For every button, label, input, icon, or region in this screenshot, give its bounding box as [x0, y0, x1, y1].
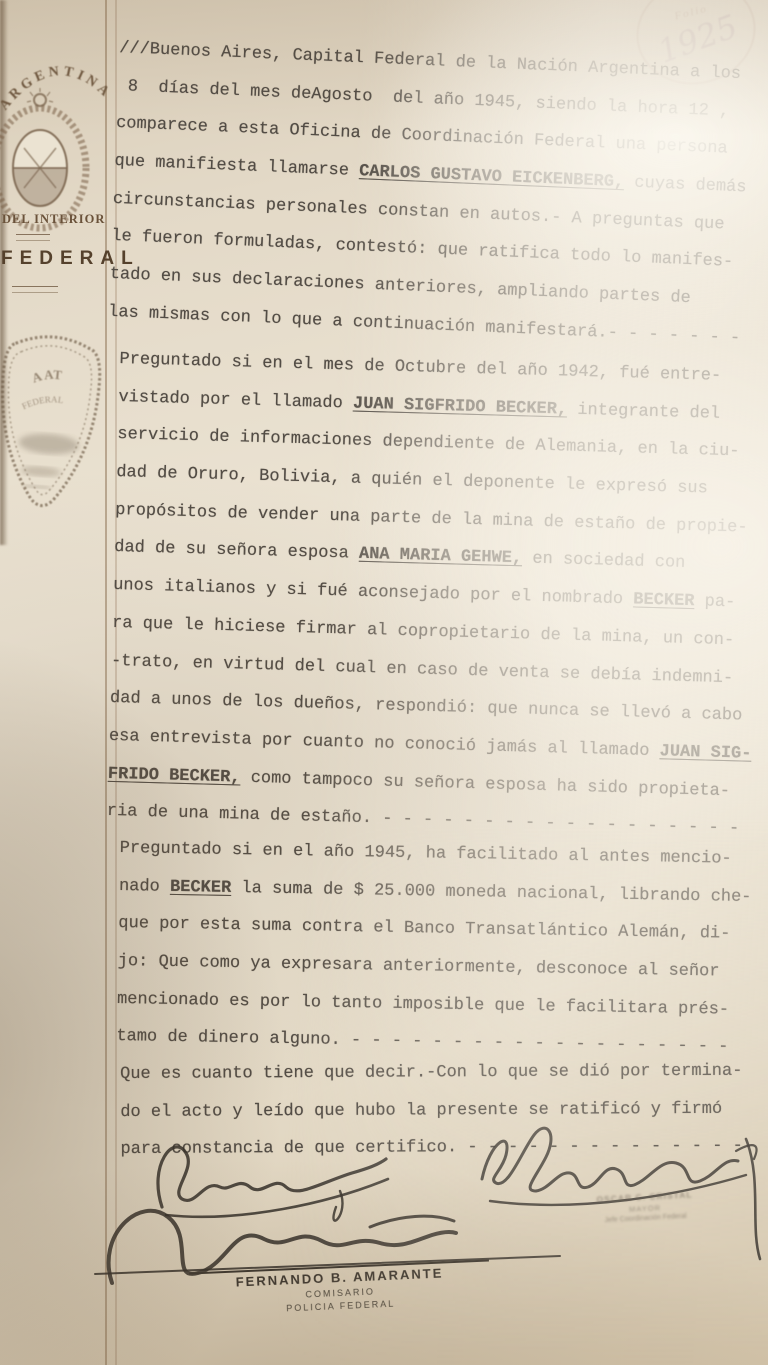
typed-line: ra que le hiciese firmar al copropietari…	[112, 605, 768, 661]
typed-line: vistado por el llamado JUAN SIGFRIDO BEC…	[118, 379, 768, 435]
margin-seal-stamp: A AT FEDERAL	[0, 318, 115, 534]
typed-line: mencionado es por lo tanto imposible que…	[117, 981, 768, 1030]
svg-text:ARGENTINA: ARGENTINA	[0, 64, 115, 113]
typed-line: dad a unos de los dueños, respondió: que…	[109, 680, 768, 736]
officer-stamp-title: Jefe Coordinación Federal	[566, 1211, 726, 1226]
paragraph: ///Buenos Aires, Capital Federal de la N…	[107, 30, 768, 359]
document-photo: ARGENTINA DEL INTERIOR FEDERAL A AT	[0, 0, 768, 1365]
typed-line: propósitos de vender una parte de la min…	[115, 492, 768, 548]
letterhead-federal-line: FEDERAL	[1, 248, 140, 270]
typed-line: esa entrevista por cuanto no conoció jam…	[108, 718, 768, 774]
folio-stamp-label: Folio	[633, 0, 748, 32]
signature-oscar	[482, 1128, 760, 1259]
letterhead-arc-text: ARGENTINA	[0, 40, 120, 130]
signature-eickenberg	[158, 1147, 388, 1221]
typed-line: circunstancias personales constan en aut…	[112, 181, 768, 246]
typed-line: -trato, en virtud del cual en caso de ve…	[111, 642, 768, 698]
letterhead-rule	[16, 234, 50, 241]
officer-stamp-rank: MAYOR	[565, 1200, 725, 1217]
typed-line: comparece a esta Oficina de Coordinación…	[115, 105, 768, 170]
signatures	[70, 1095, 768, 1365]
typed-line: jo: Que como ya expresara anteriormente,…	[117, 943, 768, 992]
typed-line: las mismas con lo que a continuación man…	[107, 294, 768, 359]
typed-line: dad de su señora esposa ANA MARIA GEHWE,…	[114, 529, 768, 585]
typed-line: tado en sus declaraciones anteriores, am…	[109, 256, 768, 321]
typed-line: Preguntado si en el año 1945, ha facilit…	[119, 830, 768, 879]
paragraph: Que es cuanto tiene que decir.-Con lo qu…	[120, 1053, 768, 1170]
light-glare-overlay	[0, 0, 768, 1365]
typed-line: que por esta suma contra el Banco Transa…	[118, 905, 768, 954]
comisario-stamp: FERNANDO B. AMARANTE COMISARIO POLICIA F…	[189, 1259, 491, 1317]
letterhead-rule	[12, 286, 58, 293]
folio-stamp: Folio 1925	[625, 0, 767, 97]
comisario-stamp-name: FERNANDO B. AMARANTE	[189, 1259, 490, 1291]
comisario-stamp-rank: COMISARIO	[190, 1281, 490, 1304]
letterhead-ministry-line: DEL INTERIOR	[2, 212, 105, 227]
typed-line: do el acto y leído que hubo la presente …	[120, 1090, 768, 1131]
officer-stamp-name: OSCAR C. CRISTAL	[564, 1188, 724, 1206]
typed-line: unos italianos y si fué aconsejado por e…	[113, 567, 768, 623]
typed-line: 8 días del mes deAgosto del año 1945, si…	[117, 68, 768, 133]
paragraph: Preguntado si en el mes de Octubre del a…	[106, 341, 768, 849]
officer-stamp: OSCAR C. CRISTAL MAYOR Jefe Coordinación…	[564, 1188, 725, 1226]
typed-line: Que es cuanto tiene que decir.-Con lo qu…	[120, 1053, 768, 1094]
svg-text:FEDERAL: FEDERAL	[20, 392, 64, 414]
typed-line: ///Buenos Aires, Capital Federal de la N…	[118, 30, 768, 95]
photo-shadow-overlay	[0, 0, 768, 1365]
typed-line: dad de Oruro, Bolivia, a quién el depone…	[116, 454, 768, 510]
typed-line: que manifiesta llamarse CARLOS GUSTAVO E…	[114, 143, 768, 208]
margin-rule-line	[115, 0, 117, 1365]
margin-rule-line	[105, 0, 107, 1365]
coat-of-arms-icon	[0, 88, 104, 240]
typed-line: tamo de dinero alguno. - - - - - - - - -…	[116, 1018, 768, 1067]
page-edge-shadow	[0, 0, 8, 545]
paragraph: Preguntado si en el año 1945, ha facilit…	[116, 830, 768, 1068]
signature-amarante	[95, 1211, 560, 1283]
comisario-stamp-org: POLICIA FEDERAL	[191, 1294, 491, 1317]
folio-stamp-number: 1925	[637, 1, 759, 76]
typed-line: ria de una mina de estaño. - - - - - - -…	[106, 793, 767, 849]
typed-line: para constancia de que certifico. - - - …	[120, 1128, 768, 1169]
typed-line: Preguntado si en el mes de Octubre del a…	[119, 341, 768, 397]
typed-line: FRIDO BECKER, como tampoco su señora esp…	[107, 755, 768, 811]
typed-line: le fueron formuladas, contestó: que rati…	[111, 218, 768, 283]
typed-line: servicio de informaciones dependiente de…	[117, 416, 768, 472]
typed-line: nado BECKER la suma de $ 25.000 moneda n…	[119, 868, 768, 917]
svg-text:A AT: A AT	[29, 365, 63, 387]
